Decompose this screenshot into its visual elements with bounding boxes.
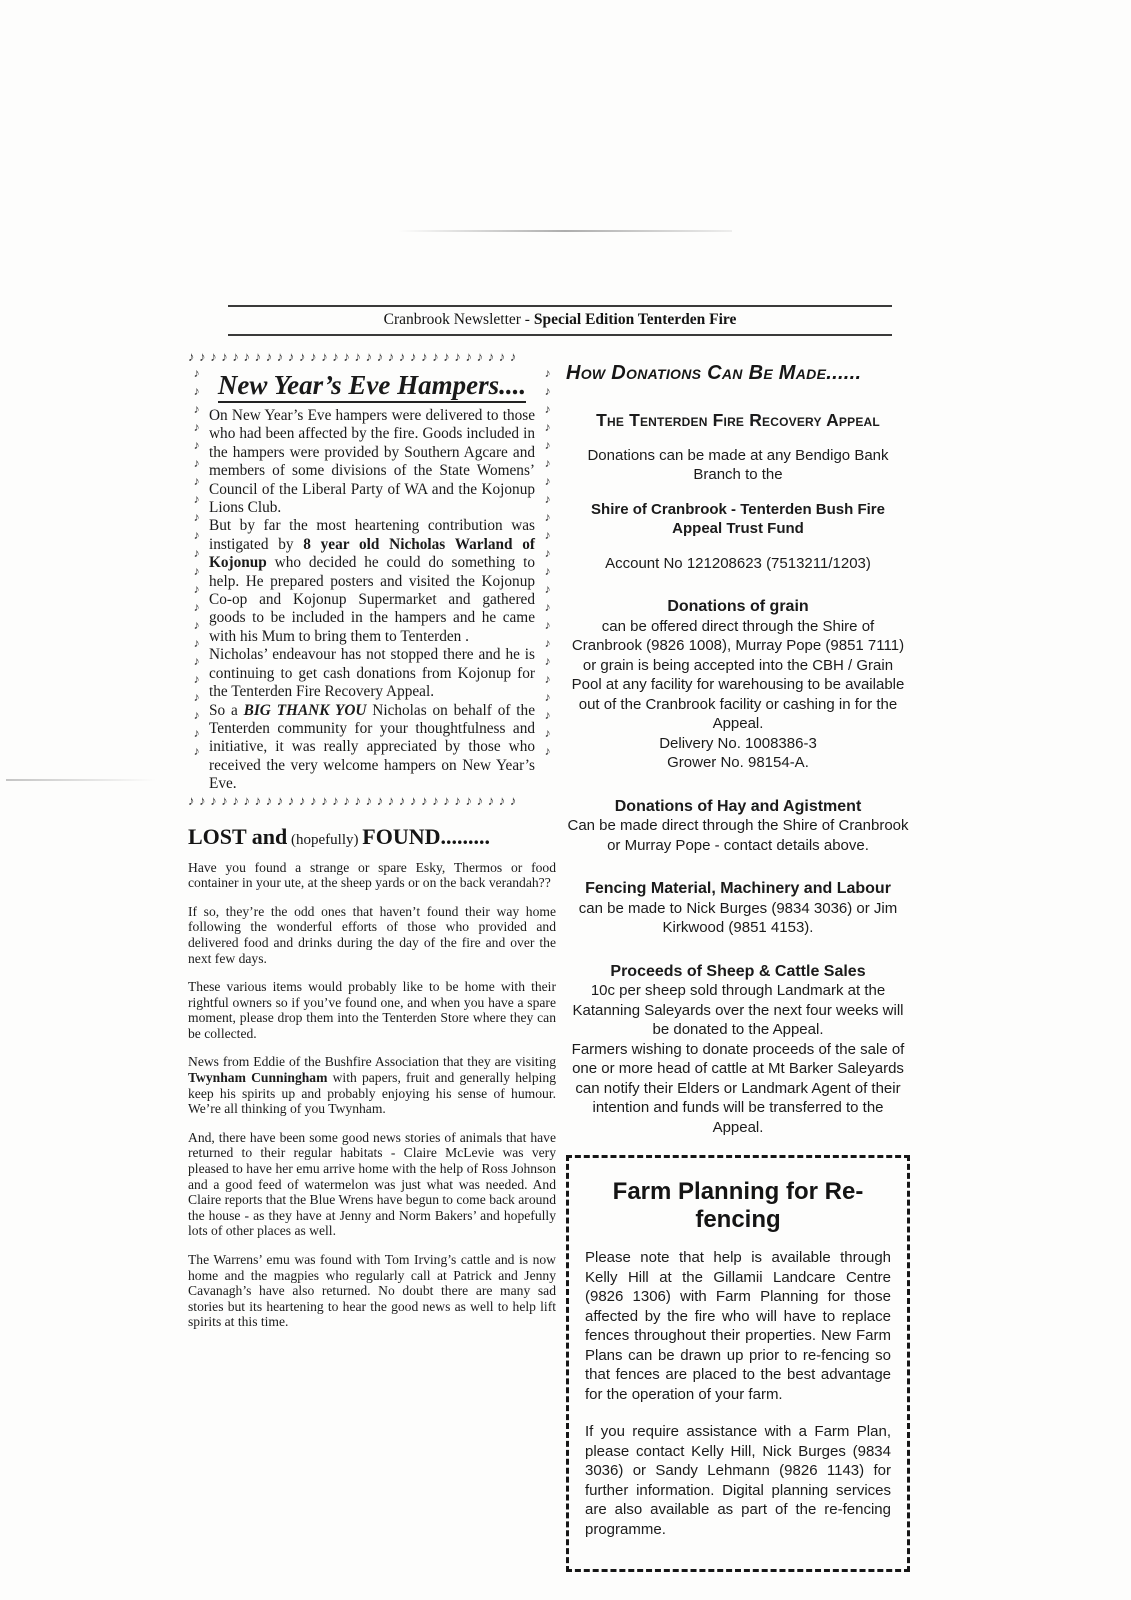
scan-artifact-line [6, 779, 156, 781]
hampers-title: New Year’s Eve Hampers.... [209, 370, 535, 401]
fencing-title: Fencing Material, Machinery and Labour [566, 879, 910, 899]
hampers-paragraph: On New Year’s Eve hampers were delivered… [209, 407, 535, 517]
hampers-paragraph: But by far the most heartening contribut… [209, 517, 535, 646]
hopefully-label: (hopefully) [287, 832, 362, 848]
masthead: Cranbrook Newsletter - Special Edition T… [228, 305, 892, 336]
newsletter-page: Cranbrook Newsletter - Special Edition T… [0, 0, 1131, 1600]
lost-found-paragraph: If so, they’re the odd ones that haven’t… [188, 904, 556, 966]
appeal-line: Donations can be made at any Bendigo Ban… [566, 446, 910, 485]
lost-found-paragraph: And, there have been some good news stor… [188, 1130, 556, 1239]
lost-found-paragraph: News from Eddie of the Bushfire Associat… [188, 1054, 556, 1116]
grain-delivery-number: Delivery No. 1008386-3 [566, 734, 910, 754]
masthead-title-bold: Special Edition Tenterden Fire [534, 311, 737, 328]
proceeds-title: Proceeds of Sheep & Cattle Sales [566, 962, 910, 982]
party-note-border-right-icon: ♪ ♪ ♪ ♪ ♪ ♪ ♪ ♪ ♪ ♪ ♪ ♪ ♪ ♪ ♪ ♪ ♪ ♪ ♪ ♪ … [539, 364, 556, 794]
lost-found-paragraph: The Warrens’ emu was found with Tom Irvi… [188, 1252, 556, 1330]
hampers-paragraph: So a BIG THANK YOU Nicholas on behalf of… [209, 702, 535, 794]
lost-label: LOST and [188, 824, 287, 849]
farm-planning-title: Farm Planning for Re-fencing [585, 1178, 891, 1234]
appeal-fund-name: Shire of Cranbrook - Tenterden Bush Fire… [566, 500, 910, 539]
hay-body: Can be made direct through the Shire of … [566, 816, 910, 855]
hampers-body: On New Year’s Eve hampers were delivered… [209, 407, 535, 794]
lost-found-paragraph: Have you found a strange or spare Esky, … [188, 860, 556, 891]
appeal-section: The Tenterden Fire Recovery Appeal Donat… [566, 411, 910, 573]
appeal-title: The Tenterden Fire Recovery Appeal [566, 411, 910, 431]
proceeds-body: 10c per sheep sold through Landmark at t… [566, 981, 910, 1040]
party-note-border-bottom-icon: ♪♪♪♪♪♪♪♪♪♪♪♪♪♪♪♪♪♪♪♪♪♪♪♪♪♪♪♪♪♪ [188, 794, 556, 808]
page-content: ♪♪♪♪♪♪♪♪♪♪♪♪♪♪♪♪♪♪♪♪♪♪♪♪♪♪♪♪♪♪ ♪ ♪ ♪ ♪ ♪… [188, 350, 910, 1572]
hampers-article: ♪♪♪♪♪♪♪♪♪♪♪♪♪♪♪♪♪♪♪♪♪♪♪♪♪♪♪♪♪♪ ♪ ♪ ♪ ♪ ♪… [188, 350, 556, 808]
hay-title: Donations of Hay and Agistment [566, 797, 910, 817]
appeal-account-number: Account No 121208623 (7513211/1203) [566, 554, 910, 574]
hampers-paragraph: Nicholas’ endeavour has not stopped ther… [209, 646, 535, 701]
masthead-title-prefix: Cranbrook Newsletter - [384, 311, 534, 328]
lost-found-article: LOST and (hopefully) FOUND......... Have… [188, 824, 556, 1330]
grain-section: Donations of grain can be offered direct… [566, 597, 910, 773]
farm-planning-box: Farm Planning for Re-fencing Please note… [566, 1155, 910, 1572]
grain-body: can be offered direct through the Shire … [566, 617, 910, 734]
fencing-body: can be made to Nick Burges (9834 3036) o… [566, 899, 910, 938]
farm-planning-paragraph: If you require assistance with a Farm Pl… [585, 1422, 891, 1539]
scan-artifact-line [398, 230, 732, 232]
right-column: How Donations Can Be Made...... The Tent… [566, 350, 910, 1572]
hampers-content: New Year’s Eve Hampers.... On New Year’s… [205, 364, 539, 794]
lost-found-heading: LOST and (hopefully) FOUND......... [188, 824, 556, 850]
grain-title: Donations of grain [566, 597, 910, 617]
donations-heading: How Donations Can Be Made...... [566, 362, 910, 385]
fencing-section: Fencing Material, Machinery and Labour c… [566, 879, 910, 938]
hay-section: Donations of Hay and Agistment Can be ma… [566, 797, 910, 856]
left-column: ♪♪♪♪♪♪♪♪♪♪♪♪♪♪♪♪♪♪♪♪♪♪♪♪♪♪♪♪♪♪ ♪ ♪ ♪ ♪ ♪… [188, 350, 556, 1572]
found-label: FOUND......... [362, 824, 490, 849]
party-note-border-left-icon: ♪ ♪ ♪ ♪ ♪ ♪ ♪ ♪ ♪ ♪ ♪ ♪ ♪ ♪ ♪ ♪ ♪ ♪ ♪ ♪ … [188, 364, 205, 794]
proceeds-section: Proceeds of Sheep & Cattle Sales 10c per… [566, 962, 910, 1138]
party-note-border-top-icon: ♪♪♪♪♪♪♪♪♪♪♪♪♪♪♪♪♪♪♪♪♪♪♪♪♪♪♪♪♪♪ [188, 350, 556, 364]
grain-grower-number: Grower No. 98154-A. [566, 753, 910, 773]
proceeds-body: Farmers wishing to donate proceeds of th… [566, 1040, 910, 1138]
farm-planning-paragraph: Please note that help is available throu… [585, 1248, 891, 1404]
lost-found-paragraph: These various items would probably like … [188, 979, 556, 1041]
